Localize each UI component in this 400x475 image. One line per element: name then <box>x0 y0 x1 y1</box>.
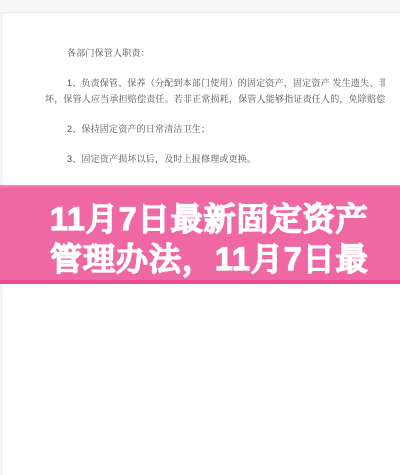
article-page: { "page": { "background": "#f3f4f6", "ca… <box>0 0 400 475</box>
document-heading: 各部门保管人职责： <box>45 45 385 61</box>
paragraph-line: 1、负责保管、保养（分配到本部门使用）的固定资产，固定资产 发生遗失、非正常损 <box>45 75 385 91</box>
document-paragraph: 1、负责保管、保养（分配到本部门使用）的固定资产，固定资产 发生遗失、非正常损 … <box>45 75 400 107</box>
paragraph-line: 3、固定资产损坏以后，及时上报修理或更换。 <box>45 151 385 167</box>
document-paragraph: 2、保持固定资产的日常清洁卫生； <box>45 121 400 137</box>
document-paragraph: 3、固定资产损坏以后，及时上报修理或更换。 <box>45 151 400 167</box>
headline-banner: 11月7日最新固定资产 管理办法，11月7日最 <box>0 185 400 284</box>
document-heading-paragraph: 各部门保管人职责： <box>45 45 400 61</box>
document-body: 各部门保管人职责： 1、负责保管、保养（分配到本部门使用）的固定资产，固定资产 … <box>45 45 400 181</box>
banner-title: 11月7日最新固定资产 管理办法，11月7日最 <box>0 185 400 279</box>
page-top-strip <box>0 0 400 13</box>
banner-title-line-2: 管理办法，11月7日最 <box>50 239 400 279</box>
paragraph-line: 2、保持固定资产的日常清洁卫生； <box>45 121 385 137</box>
paragraph-line: 坏，保管人应当承担赔偿责任。若非正常损耗，保管人能够指证责任人的，免除赔偿责任； <box>45 91 385 107</box>
banner-title-line-1: 11月7日最新固定资产 <box>50 199 400 239</box>
